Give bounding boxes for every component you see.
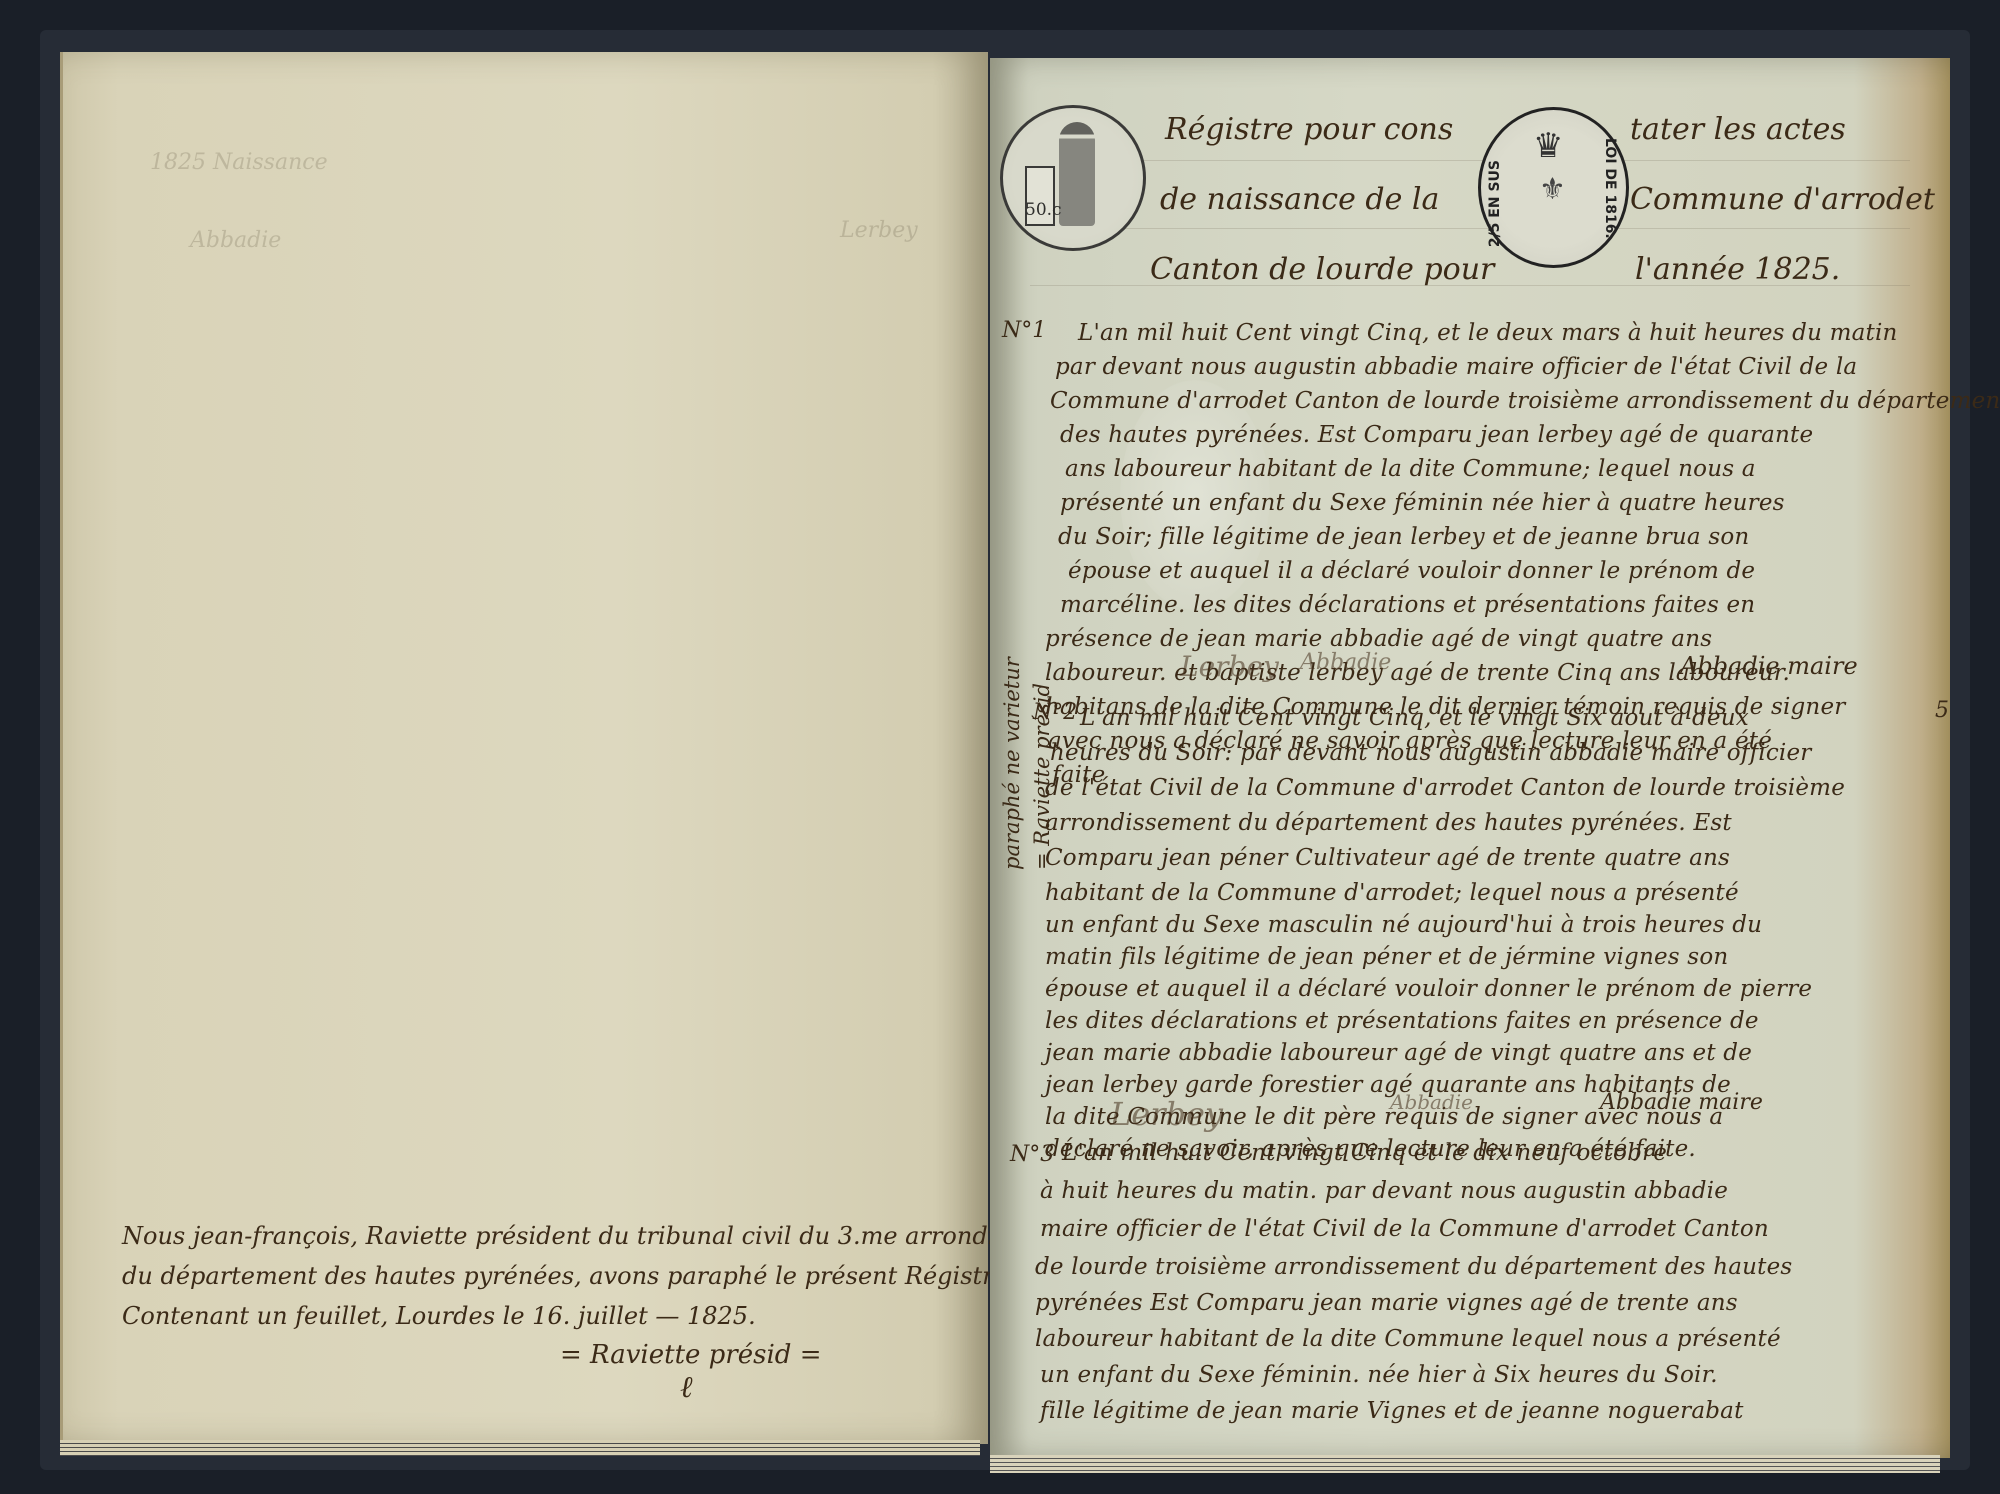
stamp-text-right: LOI DE 1816. bbox=[1602, 138, 1618, 239]
signature: Lerbey bbox=[1110, 1095, 1223, 1133]
president-signature: = Raviette présid = bbox=[560, 1340, 821, 1370]
act-line: laboureur habitant de la dite Commune le… bbox=[1035, 1326, 1781, 1352]
act-line: L'an mil huit Cent vingt Cinq, et le deu… bbox=[1078, 320, 1898, 346]
signature: Abbadie maire bbox=[1600, 1090, 1763, 1115]
act-line: des hautes pyrénées. Est Comparu jean le… bbox=[1060, 422, 1813, 448]
act-line: maire officier de l'état Civil de la Com… bbox=[1040, 1216, 1769, 1242]
act-line: présence de jean marie abbadie agé de vi… bbox=[1045, 626, 1712, 652]
royal-stamp: ♛ ⚜ 2/5 EN SUS LOI DE 1816. bbox=[1478, 107, 1629, 268]
act-line: Commune d'arrodet Canton de lourde trois… bbox=[1050, 388, 2000, 414]
right-page-edges bbox=[990, 1455, 1940, 1473]
act-line: habitant de la Commune d'arrodet; lequel… bbox=[1045, 880, 1739, 906]
bleed-through-text: Abbadie bbox=[190, 228, 281, 253]
act-number: N°1 bbox=[1002, 318, 1046, 343]
act-line: un enfant du Sexe masculin né aujourd'hu… bbox=[1045, 912, 1762, 938]
act-line: du Soir; fille légitime de jean lerbey e… bbox=[1058, 524, 1749, 550]
signature: Abbadie bbox=[1300, 650, 1391, 675]
certification-line: du département des hautes pyrénées, avon… bbox=[122, 1262, 1008, 1290]
act-line: ans laboureur habitant de la dite Commun… bbox=[1065, 456, 1756, 482]
crown-icon: ♛ bbox=[1533, 126, 1563, 166]
act-number: N°3 bbox=[1010, 1142, 1054, 1167]
bleed-through-text: Lerbey bbox=[840, 218, 918, 243]
act-line: L'an mil huit Cent vingt Cinq, et le vin… bbox=[1080, 705, 1749, 731]
title-line: Régistre pour cons bbox=[1165, 112, 1453, 147]
act-line: marcéline. les dites déclarations et pré… bbox=[1060, 592, 1755, 618]
act-line: épouse et auquel il a déclaré vouloir do… bbox=[1068, 558, 1755, 584]
left-page-edges bbox=[60, 1440, 980, 1456]
act-line: présenté un enfant du Sexe féminin née h… bbox=[1060, 490, 1785, 516]
title-line: de naissance de la bbox=[1160, 182, 1439, 217]
act-line: épouse et auquel il a déclaré vouloir do… bbox=[1045, 976, 1812, 1002]
act-line: à huit heures du matin. par devant nous … bbox=[1040, 1178, 1728, 1204]
act-line: laboureur. et baptiste lerbey agé de tre… bbox=[1045, 660, 1790, 686]
act-line: jean marie abbadie laboureur agé de ving… bbox=[1045, 1040, 1752, 1066]
margin-number: 5 bbox=[1935, 698, 1949, 723]
title-line: l'année 1825. bbox=[1635, 252, 1840, 287]
title-line: Commune d'arrodet bbox=[1630, 182, 1935, 217]
act-line: L'an mil huit Cent vingt Cinq et le dix … bbox=[1062, 1140, 1667, 1166]
paraph-mark: ℓ bbox=[680, 1370, 693, 1405]
certification-line: Contenant un feuillet, Lourdes le 16. ju… bbox=[122, 1302, 756, 1330]
title-line: Canton de lourde pour bbox=[1150, 252, 1494, 287]
certification-line: Nous jean-françois, Raviette président d… bbox=[122, 1222, 1008, 1250]
fleur-de-lis-icon: ⚜ bbox=[1539, 172, 1566, 207]
title-line: tater les actes bbox=[1630, 112, 1846, 147]
gutter-note: paraphé ne varietur bbox=[1000, 620, 1024, 870]
gutter-note: = Raviette présid bbox=[1030, 620, 1054, 870]
signature: Abbadie maire bbox=[1680, 652, 1858, 680]
signature: Abbadie bbox=[1390, 1090, 1473, 1114]
act-line: Comparu jean péner Cultivateur agé de tr… bbox=[1045, 845, 1730, 871]
stamp-value: 50.c bbox=[1025, 200, 1062, 220]
act-line: pyrénées Est Comparu jean marie vignes a… bbox=[1035, 1290, 1738, 1316]
tax-stamp: 50.c bbox=[1000, 105, 1146, 251]
act-line: arrondissement du département des hautes… bbox=[1045, 810, 1732, 836]
act-line: de lourde troisième arrondissement du dé… bbox=[1035, 1254, 1792, 1280]
act-line: un enfant du Sexe féminin. née hier à Si… bbox=[1040, 1362, 1718, 1388]
act-line: de l'état Civil de la Commune d'arrodet … bbox=[1045, 775, 1845, 801]
signature: Lerbey bbox=[1180, 650, 1279, 683]
act-line: matin fils légitime de jean péner et de … bbox=[1045, 944, 1728, 970]
bleed-through-text: 1825 Naissance bbox=[150, 150, 328, 175]
act-line: heures du Soir: par devant nous augustin… bbox=[1050, 740, 1811, 766]
act-line: les dites déclarations et présentations … bbox=[1045, 1008, 1759, 1034]
justice-figure-icon bbox=[1059, 122, 1095, 226]
stamp-text-left: 2/5 EN SUS bbox=[1487, 160, 1503, 247]
act-line: par devant nous augustin abbadie maire o… bbox=[1055, 354, 1857, 380]
act-line: fille légitime de jean marie Vignes et d… bbox=[1040, 1398, 1744, 1424]
